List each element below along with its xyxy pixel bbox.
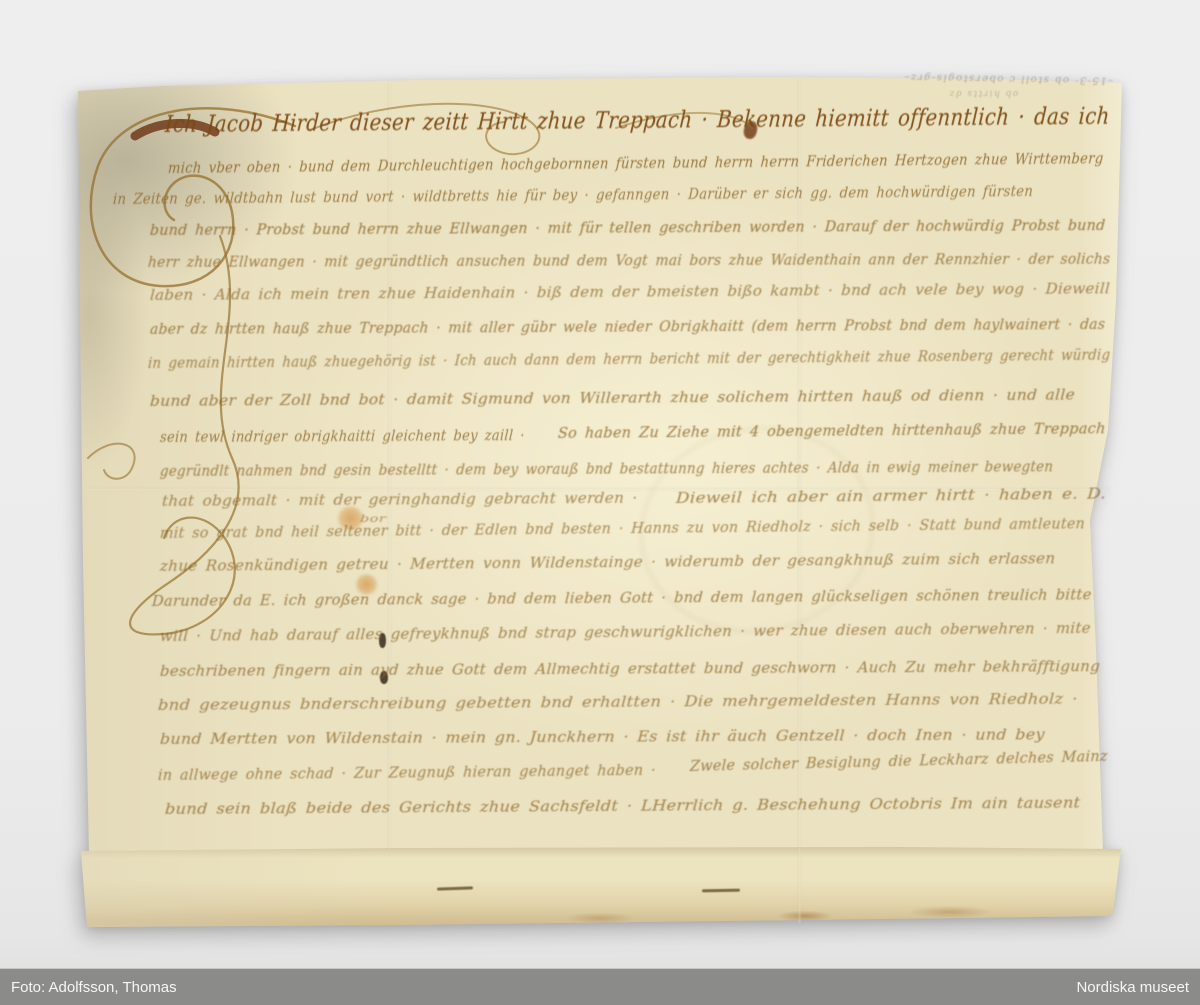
manuscript-line: mit so grat bnd heil seltener bitt · der…	[159, 514, 1085, 542]
manuscript-line: bund sein blaß beide des Gerichts zhue S…	[164, 794, 1081, 818]
manuscript-lines: Ich Jacob Hirder dieser zeitt Hirtt zhue…	[0, 0, 1200, 1005]
manuscript-line: bund herrn · Probst bund herrn zhue Ellw…	[149, 216, 1106, 239]
photo-credit: Foto: Adolfsson, Thomas	[11, 979, 177, 996]
manuscript-line: mich vber oben · bund dem Durchleuchtige…	[167, 149, 1104, 177]
manuscript-line: bund Mertten von Wildenstain · mein gn. …	[159, 725, 1045, 748]
manuscript-line: laben · Alda ich mein tren zhue Haidenha…	[149, 279, 1110, 304]
manuscript-line: Ich Jacob Hirder dieser zeitt Hirtt zhue…	[164, 104, 1110, 138]
manuscript-line: will · Und hab darauf alles gefreykhnuß …	[159, 619, 1091, 645]
manuscript-line: beschribenen fingern ain ayd zhue Gott d…	[159, 657, 1100, 680]
manuscript-line: in gemain hirtten hauß zhuegehörig ist ·…	[147, 346, 1110, 372]
manuscript-line: bund aber der Zoll bnd bot · damit Sigmu…	[149, 386, 1075, 410]
manuscript-line: bor	[360, 514, 387, 525]
manuscript-line: aber dz hirtten hauß zhue Treppach · mit…	[149, 315, 1105, 338]
manuscript-line: Dieweil ich aber ain armer hirtt · haben…	[675, 484, 1106, 507]
institution-name: Nordiska museet	[1076, 979, 1189, 996]
manuscript-line: in Zeiten ge. wildtbahn lust bund vort ·…	[112, 182, 1033, 208]
photo-viewer: –15·3· ob stoll c oberstogls-grz– ob hir…	[0, 0, 1200, 1005]
manuscript-line: herr zhue Ellwangen · mit gegründtlich a…	[147, 250, 1111, 271]
parchment-charter-photo: –15·3· ob stoll c oberstogls-grz– ob hir…	[0, 0, 1200, 1005]
manuscript-line: sein tewl indriger obrigkhaitti gleichen…	[159, 426, 525, 446]
manuscript-line: bnd gezeugnus bnderschreibung gebetten b…	[157, 690, 1078, 714]
manuscript-line: zhue Rosenkündigen getreu · Mertten vonn…	[159, 549, 1055, 575]
footer-bar: Foto: Adolfsson, Thomas Nordiska museet	[0, 969, 1200, 1005]
manuscript-line: Zwele solcher Besiglung die Leckharz del…	[690, 747, 1109, 775]
manuscript-line: that obgemalt · mit der geringhandig geb…	[161, 489, 638, 510]
manuscript-line: Darunder da E. ich großen danck sage · b…	[151, 585, 1092, 610]
manuscript-line: So haben Zu Ziehe mit 4 obengemeldten hi…	[557, 419, 1106, 442]
manuscript-line: in allwege ohne schad · Zur Zeugnuß hier…	[157, 761, 656, 784]
manuscript-line: gegründlt nahmen bnd gesin bestelltt · d…	[159, 457, 1053, 480]
